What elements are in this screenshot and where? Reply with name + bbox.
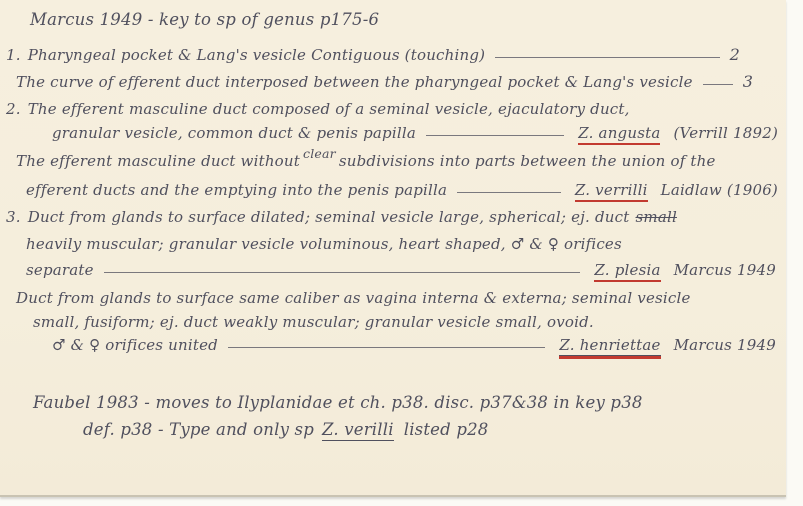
couplet-number: 1. bbox=[6, 46, 21, 64]
species-authority: Marcus 1949 bbox=[674, 261, 776, 279]
index-card: Marcus 1949 - key to sp of genus p175-6 … bbox=[0, 0, 786, 497]
key-couplet-3-option-a-line1: 3. Duct from glands to surface dilated; … bbox=[6, 208, 677, 226]
leader-line bbox=[495, 57, 719, 58]
key-text: efferent ducts and the emptying into the… bbox=[26, 181, 447, 199]
key-couplet-2-option-a-line1: 2. The efferent masculine duct composed … bbox=[6, 100, 630, 118]
species-name: Z. angusta bbox=[578, 124, 660, 145]
species-authority: Marcus 1949 bbox=[674, 336, 776, 354]
leader-line bbox=[228, 347, 545, 348]
footnote-text: listed p28 bbox=[404, 420, 489, 439]
scanned-page: Marcus 1949 - key to sp of genus p175-6 … bbox=[0, 0, 803, 506]
struck-word: small bbox=[636, 208, 677, 226]
key-couplet-3-option-a-line2: heavily muscular; granular vesicle volum… bbox=[26, 235, 622, 253]
species-name: Z. plesia bbox=[594, 261, 660, 282]
leader-line bbox=[703, 84, 733, 85]
key-text: heavily muscular; granular vesicle volum… bbox=[26, 235, 622, 253]
key-text: subdivisions into parts between the unio… bbox=[339, 152, 716, 170]
key-couplet-3-option-a-line3: separate Z. plesia Marcus 1949 bbox=[26, 261, 776, 282]
leader-line bbox=[426, 135, 564, 136]
species-name: Z. henriettae bbox=[559, 336, 660, 356]
key-text: The efferent masculine duct without bbox=[16, 152, 300, 170]
species-name: Z. verrilli bbox=[575, 181, 648, 202]
key-text: Duct from glands to surface same caliber… bbox=[16, 289, 691, 307]
key-text: separate bbox=[26, 261, 94, 279]
footnote-line2: def. p38 - Type and only sp Z. verilli l… bbox=[83, 420, 489, 441]
key-couplet-2-option-a-line2: granular vesicle, common duct & penis pa… bbox=[52, 124, 778, 145]
card-title: Marcus 1949 - key to sp of genus p175-6 bbox=[30, 10, 379, 29]
key-text: ♂ & ♀ orifices united bbox=[52, 336, 218, 354]
key-couplet-1-option-a: 1. Pharyngeal pocket & Lang's vesicle Co… bbox=[6, 45, 740, 64]
key-couplet-3-option-b-line3: ♂ & ♀ orifices united Z. henriettae Marc… bbox=[52, 336, 776, 356]
footnote-text: Faubel 1983 - moves to Ilyplanidae et ch… bbox=[33, 393, 643, 412]
species-authority: Laidlaw (1906) bbox=[661, 181, 778, 199]
goto-number: 2 bbox=[730, 45, 740, 64]
goto-number: 3 bbox=[743, 72, 753, 91]
key-couplet-3-option-b-line1: Duct from glands to surface same caliber… bbox=[16, 289, 691, 307]
key-couplet-1-option-b: The curve of efferent duct interposed be… bbox=[16, 72, 744, 91]
key-couplet-2-option-b-line1: The efferent masculine duct without clea… bbox=[16, 152, 716, 170]
card-title-text: Marcus 1949 - key to sp of genus p175-6 bbox=[30, 10, 379, 29]
leader-line bbox=[104, 272, 581, 273]
leader-line bbox=[457, 192, 561, 193]
couplet-number: 3. bbox=[6, 208, 21, 226]
key-text: Pharyngeal pocket & Lang's vesicle Conti… bbox=[28, 46, 486, 64]
species-authority: (Verrill 1892) bbox=[673, 124, 778, 142]
footnote-line1: Faubel 1983 - moves to Ilyplanidae et ch… bbox=[33, 393, 643, 412]
footnote-text: def. p38 - Type and only sp bbox=[83, 420, 314, 439]
couplet-number: 2. bbox=[6, 100, 21, 118]
key-couplet-2-option-b-line2: efferent ducts and the emptying into the… bbox=[26, 181, 778, 202]
key-text: Duct from glands to surface dilated; sem… bbox=[28, 208, 630, 226]
species-name: Z. verilli bbox=[322, 420, 394, 441]
key-couplet-3-option-b-line2: small, fusiform; ej. duct weakly muscula… bbox=[33, 313, 594, 331]
key-text: granular vesicle, common duct & penis pa… bbox=[52, 124, 416, 142]
key-text: The curve of efferent duct interposed be… bbox=[16, 73, 693, 91]
key-text: The efferent masculine duct composed of … bbox=[28, 100, 630, 118]
key-text: small, fusiform; ej. duct weakly muscula… bbox=[33, 313, 594, 331]
inserted-word: clear bbox=[303, 146, 336, 161]
